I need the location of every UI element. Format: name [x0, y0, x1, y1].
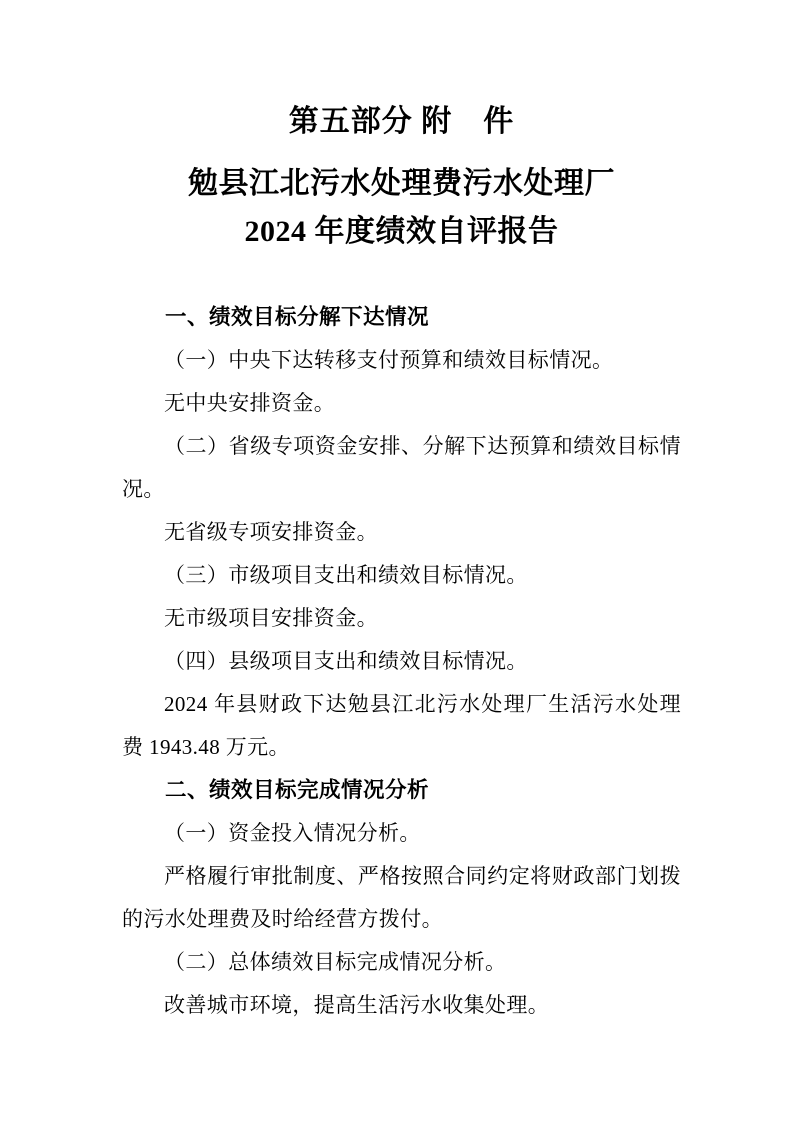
- paragraph: 无省级专项安排资金。: [122, 511, 681, 554]
- paragraph: （二）总体绩效目标完成情况分析。: [122, 941, 681, 984]
- paragraph: （二）省级专项资金安排、分解下达预算和绩效目标情况。: [122, 425, 681, 511]
- paragraph: （三）市级项目支出和绩效目标情况。: [122, 554, 681, 597]
- paragraph: 严格履行审批制度、严格按照合同约定将财政部门划拨的污水处理费及时给经营方拨付。: [122, 855, 681, 941]
- document-body: 一、绩效目标分解下达情况 （一）中央下达转移支付预算和绩效目标情况。 无中央安排…: [122, 296, 681, 1027]
- paragraph: （一）中央下达转移支付预算和绩效目标情况。: [122, 339, 681, 382]
- report-title-line2: 2024 年度绩效自评报告: [122, 208, 681, 256]
- paragraph: 2024 年县财政下达勉县江北污水处理厂生活污水处理费 1943.48 万元。: [122, 683, 681, 769]
- section-heading-1: 一、绩效目标分解下达情况: [122, 296, 681, 339]
- paragraph: （一）资金投入情况分析。: [122, 812, 681, 855]
- paragraph: 无市级项目安排资金。: [122, 597, 681, 640]
- paragraph: （四）县级项目支出和绩效目标情况。: [122, 640, 681, 683]
- paragraph: 改善城市环境，提高生活污水收集处理。: [122, 984, 681, 1027]
- report-title-line1: 勉县江北污水处理费污水处理厂: [122, 160, 681, 208]
- part-title: 第五部分 附 件: [122, 100, 681, 144]
- document-page: 第五部分 附 件 勉县江北污水处理费污水处理厂 2024 年度绩效自评报告 一、…: [0, 0, 793, 1122]
- paragraph: 无中央安排资金。: [122, 382, 681, 425]
- section-heading-2: 二、绩效目标完成情况分析: [122, 769, 681, 812]
